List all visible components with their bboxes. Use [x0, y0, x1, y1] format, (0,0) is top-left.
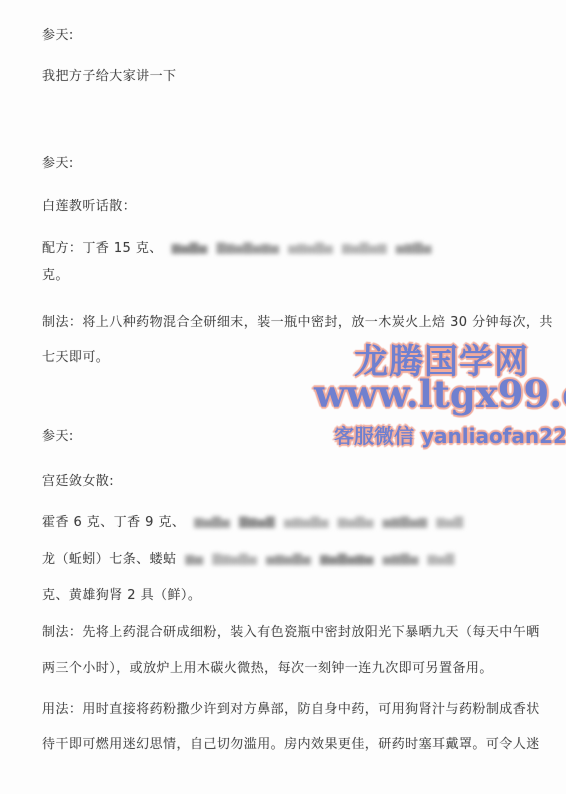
watermark-site-name: 龙腾国学网 [354, 334, 529, 383]
redacted-blur: ▇▆▅▇▅ [212, 550, 257, 567]
document-page: 参天: 我把方子给大家讲一下 参天: 白莲教听话散： 配方：丁香 15 克、▆▅… [0, 0, 566, 794]
recipe2-formula-line1: 霍香 6 克、丁香 9 克、▆▅▇▅▇▆▅▇▅▆▅▇▅▆▅▇▅▅▆▇▅▆▆▅▇ [42, 514, 463, 531]
redacted-blur: ▇▆▅▇ [239, 513, 275, 530]
redacted-blur: ▆▅▇▅▆ [342, 239, 387, 256]
redacted-blur: ▆▅▇ [428, 550, 455, 567]
redacted-blur: ▆▅▇▅ [172, 239, 208, 256]
redacted-blur: ▇▆▅▇▅▆▅ [217, 239, 280, 256]
recipe2-usage-line1: 用法：用时直接将药粉撒少许到对方鼻部，防自身中药，可用狗肾汁与药粉制成香状 [42, 701, 540, 718]
redacted-blur: ▅▆▇▅ [396, 239, 432, 256]
salutation-2: 参天: [42, 155, 74, 172]
watermark-contact: 客服微信 yanliaofan225 [334, 420, 566, 449]
redacted-blur: ▅▆▇▅ [383, 550, 419, 567]
recipe2-line1-prefix: 霍香 6 克、丁香 9 克、 [42, 515, 185, 530]
recipe2-method-line1: 制法：先将上药混合研成细粉，装入有色瓷瓶中密封放阳光下暴晒九天（每天中午晒 [42, 624, 540, 641]
recipe1-formula-line: 配方：丁香 15 克、▆▅▇▅▇▆▅▇▅▆▅▅▆▅▇▅▆▅▇▅▆▅▆▇▅ [42, 240, 432, 257]
recipe2-title: 宫廷敛女散: [42, 473, 114, 490]
redacted-blur: ▅▆▇▅▆ [383, 513, 428, 530]
redacted-blur: ▆▅▇▅▆▅ [320, 550, 374, 567]
intro-text: 我把方子给大家讲一下 [42, 68, 177, 85]
recipe1-formula-suffix: 克。 [42, 267, 69, 284]
salutation-1: 参天: [42, 27, 74, 44]
recipe2-formula-line3: 克、黄雄狗肾 2 具（鲜）。 [42, 587, 201, 604]
recipe1-title: 白莲教听话散： [42, 198, 136, 215]
watermark-url: www.ltgx99.com [314, 372, 566, 416]
redacted-blur: ▅▆▅▇▅ [284, 513, 329, 530]
recipe2-line2-prefix: 龙（蚯蚓）七条、蝼蛄 [42, 552, 177, 567]
redacted-blur: ▆▅▇ [437, 513, 464, 530]
recipe1-formula-prefix: 配方：丁香 15 克、 [42, 241, 163, 256]
redacted-blur: ▆▅▇▅ [194, 513, 230, 530]
salutation-3: 参天: [42, 428, 74, 445]
redacted-blur: ▆▅▇▅ [338, 513, 374, 530]
recipe1-method-line2: 七天即可。 [42, 349, 109, 366]
recipe2-formula-line2: 龙（蚯蚓）七条、蝼蛄▆▅▇▆▅▇▅▅▆▅▇▅▆▅▇▅▆▅▅▆▇▅▆▅▇ [42, 551, 455, 568]
recipe2-method-line2: 两三个小时），或放炉上用木碳火微热，每次一刻钟一连九次即可另置备用。 [42, 660, 493, 677]
redacted-blur: ▆▅ [186, 550, 204, 567]
redacted-blur: ▅▆▅▇▅ [266, 550, 311, 567]
redacted-blur: ▅▆▅▇▅ [288, 239, 333, 256]
recipe1-method-line1: 制法：将上八种药物混合全研细末，装一瓶中密封，放一木炭火上焙 30 分钟每次，共 [42, 314, 553, 331]
recipe2-usage-line2: 待干即可燃用迷幻思情，自己切勿滥用。房内效果更佳，研药时塞耳戴罩。可令人迷 [42, 736, 540, 753]
